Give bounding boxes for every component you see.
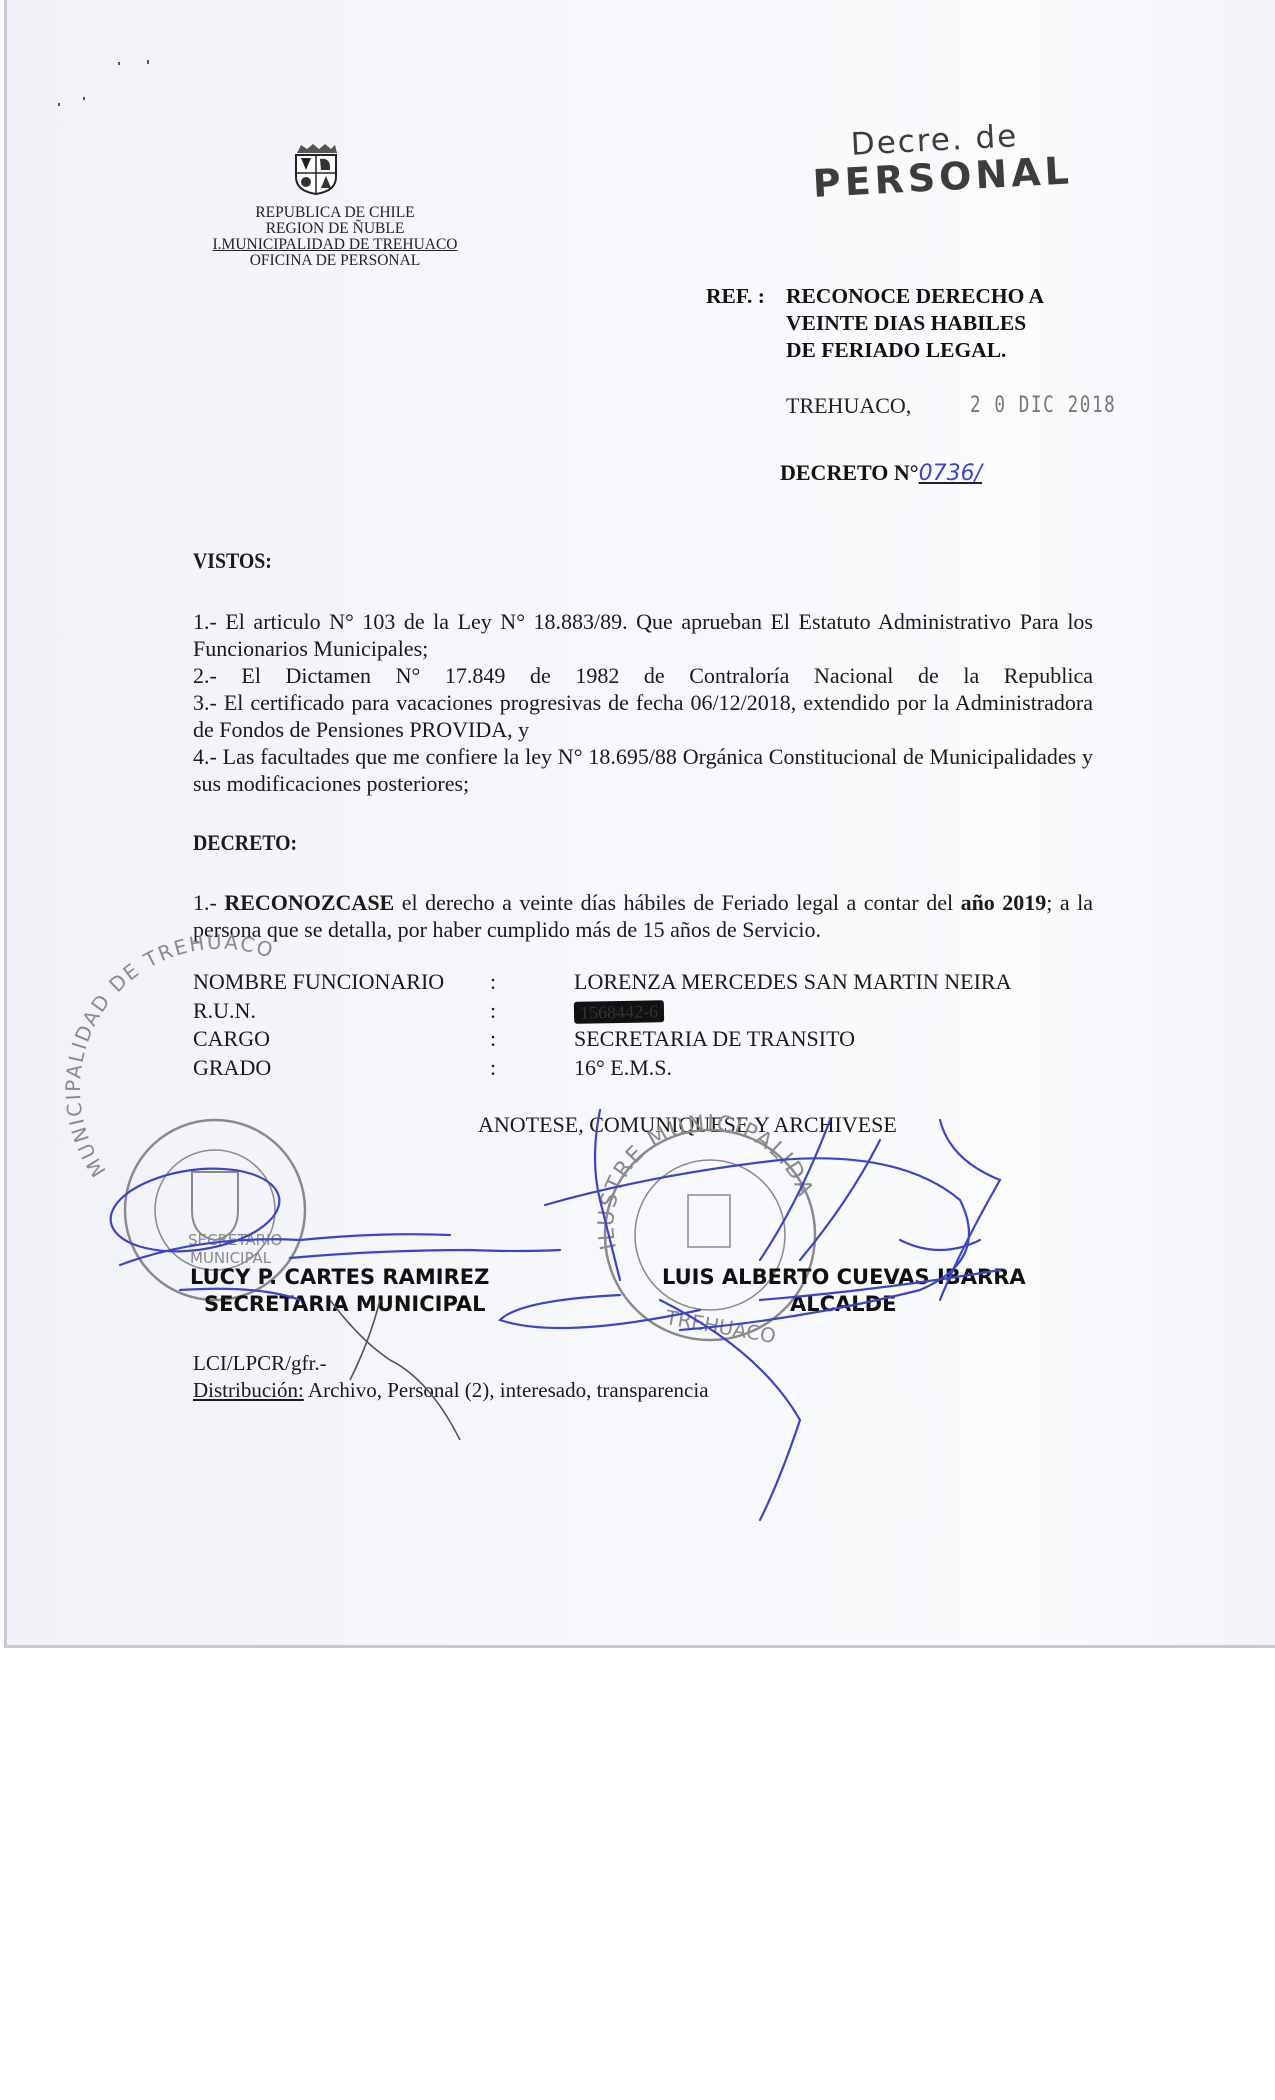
scan-speck bbox=[83, 97, 85, 100]
scan-speck bbox=[58, 103, 60, 106]
detail-label: NOMBRE FUNCIONARIO bbox=[193, 968, 490, 997]
vistos-item-3: 3.- El certificado para vacaciones progr… bbox=[193, 689, 1093, 743]
mayor-signature-block: LUIS ALBERTO CUEVAS IBARRA ALCALDE bbox=[662, 1264, 1026, 1318]
vistos-list: 1.- El articulo N° 103 de la Ley N° 18.8… bbox=[193, 608, 1093, 797]
resolution-verb: RECONOZCASE bbox=[224, 890, 394, 915]
resolution-year: año 2019 bbox=[961, 890, 1047, 915]
municipal-coat-of-arms-icon bbox=[293, 143, 339, 195]
document-footer: LCI/LPCR/gfr.- Distribución: Archivo, Pe… bbox=[193, 1350, 709, 1404]
distribution-label: Distribución: bbox=[193, 1378, 304, 1402]
ref-label: REF. : bbox=[706, 283, 786, 310]
vistos-item-1: 1.- El articulo N° 103 de la Ley N° 18.8… bbox=[193, 608, 1093, 662]
vistos-item-4: 4.- Las facultades que me confiere la le… bbox=[193, 743, 1093, 797]
vistos-heading: VISTOS: bbox=[193, 548, 272, 574]
resolution-prefix: 1.- bbox=[193, 890, 224, 915]
detail-value: 16° E.M.S. bbox=[574, 1054, 672, 1083]
detail-row-name: NOMBRE FUNCIONARIO : LORENZA MERCEDES SA… bbox=[193, 968, 1011, 997]
drafter-initials: LCI/LPCR/gfr.- bbox=[193, 1350, 709, 1377]
secretary-title: SECRETARIA MUNICIPAL bbox=[190, 1291, 489, 1318]
employee-details: NOMBRE FUNCIONARIO : LORENZA MERCEDES SA… bbox=[193, 968, 1011, 1082]
issue-city: TREHUACO, bbox=[786, 393, 911, 419]
detail-label: CARGO bbox=[193, 1025, 490, 1054]
secretary-signature-block: LUCY P. CARTES RAMIREZ SECRETARIA MUNICI… bbox=[190, 1264, 489, 1318]
detail-label: GRADO bbox=[193, 1054, 490, 1083]
secretary-name: LUCY P. CARTES RAMIREZ bbox=[190, 1264, 489, 1291]
detail-value: LORENZA MERCEDES SAN MARTIN NEIRA bbox=[574, 968, 1011, 997]
ref-line-2: VEINTE DIAS HABILES bbox=[706, 310, 1044, 337]
detail-separator: : bbox=[490, 968, 574, 997]
decree-number-handwritten: 0736/ bbox=[919, 461, 982, 486]
header-municipality: I.MUNICIPALIDAD DE TREHUACO bbox=[195, 237, 475, 253]
scan-speck bbox=[118, 62, 120, 65]
department-stamp: Decre. de PERSONAL bbox=[810, 116, 1074, 204]
mayor-title: ALCALDE bbox=[662, 1291, 1026, 1318]
detail-separator: : bbox=[490, 1054, 574, 1083]
decree-number: DECRETO N°0736/ bbox=[780, 460, 982, 486]
reference-block: REF. :RECONOCE DERECHO A VEINTE DIAS HAB… bbox=[706, 283, 1044, 364]
vistos-item-2: 2.- El Dictamen N° 17.849 de 1982 de Con… bbox=[193, 662, 1093, 689]
decree-number-label: DECRETO N° bbox=[780, 460, 919, 485]
detail-row-cargo: CARGO : SECRETARIA DE TRANSITO bbox=[193, 1025, 1011, 1054]
mayor-name: LUIS ALBERTO CUEVAS IBARRA bbox=[662, 1264, 1026, 1291]
issuer-header: REPUBLICA DE CHILE REGION DE ÑUBLE I.MUN… bbox=[195, 205, 475, 269]
closing-formula: ANOTESE, COMUNIQUESE Y ARCHIVESE bbox=[478, 1112, 897, 1138]
distribution-list: Archivo, Personal (2), interesado, trans… bbox=[304, 1378, 709, 1402]
detail-separator: : bbox=[490, 997, 574, 1026]
issue-date-stamp: 2 0 DIC 2018 bbox=[970, 393, 1116, 418]
detail-row-run: R.U.N. : 1568442-6 bbox=[193, 997, 1011, 1026]
detail-separator: : bbox=[490, 1025, 574, 1054]
ref-line-3: DE FERIADO LEGAL. bbox=[706, 337, 1044, 364]
decreto-resolution: 1.- RECONOZCASE el derecho a veinte días… bbox=[193, 889, 1093, 943]
ref-line-1: RECONOCE DERECHO A bbox=[786, 284, 1044, 308]
decreto-heading: DECRETO: bbox=[193, 830, 297, 856]
scan-speck bbox=[147, 60, 149, 64]
header-office: OFICINA DE PERSONAL bbox=[195, 253, 475, 269]
detail-row-grado: GRADO : 16° E.M.S. bbox=[193, 1054, 1011, 1083]
header-region: REGION DE ÑUBLE bbox=[195, 221, 475, 237]
resolution-text-1: el derecho a veinte días hábiles de Feri… bbox=[394, 890, 960, 915]
detail-label: R.U.N. bbox=[193, 997, 490, 1026]
redacted-run-value: 1568442-6 bbox=[574, 1000, 664, 1024]
header-country: REPUBLICA DE CHILE bbox=[195, 205, 475, 221]
detail-value: SECRETARIA DE TRANSITO bbox=[574, 1025, 855, 1054]
